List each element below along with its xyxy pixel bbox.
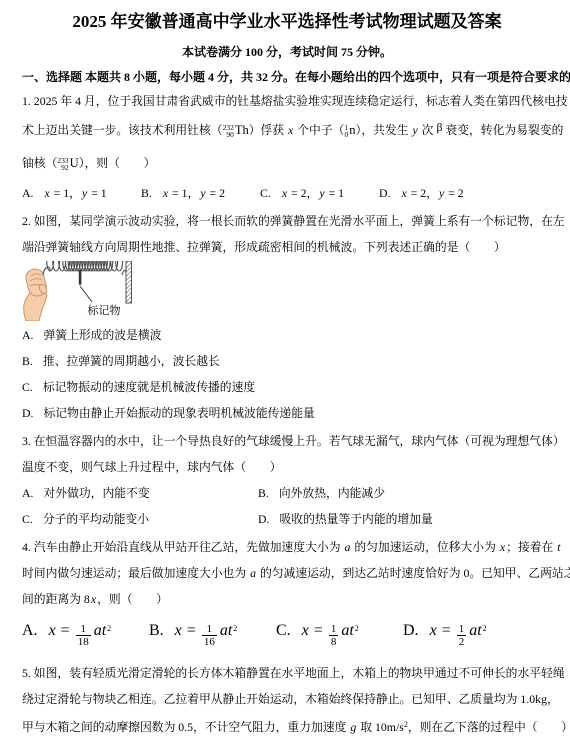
option-d: D.标记物由静止开始振动的现象表明机械波能传递能量: [22, 400, 552, 426]
question-2: 2. 如图，某同学演示波动实验，将一根长而软的弹簧静置在光滑水平面上，弹簧上系有…: [22, 208, 552, 426]
option-a: A.x = 118at2: [22, 622, 149, 648]
option-a: A.x = 1，y = 1: [22, 180, 141, 206]
option-c: C.x = 2，y = 1: [260, 180, 379, 206]
question-1: 1. 2025 年 4 月，位于我国甘肃省武威市的钍基熔盐实验堆实现连续稳定运行…: [22, 88, 552, 206]
option-b: B.推、拉弹簧的周期越小，波长越长: [22, 348, 552, 374]
wall: [126, 261, 132, 303]
question-4-line-3: 间的距离为 8x，则（ ）: [22, 586, 552, 612]
marker-label: 标记物: [88, 303, 121, 317]
question-3: 3. 在恒温容器内的水中，让一个导热良好的气球缓慢上升。若气球无漏气，球内气体（…: [22, 428, 552, 532]
question-3-line-2: 温度不变，则气球上升过程中，球内气体（ ）: [22, 454, 552, 480]
question-3-options-row-2: C.分子的平均动能变小 D.吸收的热量等于内能的增加量: [22, 506, 552, 532]
option-b: B.x = 1，y = 2: [141, 180, 260, 206]
marker-pointer-line: [80, 286, 92, 302]
question-1-line-2: 术上迈出关键一步。该技术利用钍核（23290Th）俘获 x 个中子（10n），共…: [22, 114, 552, 147]
option-b: B.向外放热，内能减少: [258, 480, 552, 506]
question-1-options: A.x = 1，y = 1 B.x = 1，y = 2 C.x = 2，y = …: [22, 180, 552, 206]
question-4-line-2: 时间内做匀速运动；最后做加速度大小也为 a 的匀减速运动，到达乙站时速度恰好为 …: [22, 560, 552, 586]
question-5-line-3: 甲与木箱之间的动摩擦因数为 0.5，不计空气阻力，重力加速度 g 取 10m/s…: [22, 712, 552, 738]
nuclide-uranium: 23392U: [57, 147, 78, 180]
question-2-line-1: 2. 如图，某同学演示波动实验，将一根长而软的弹簧静置在光滑水平面上，弹簧上系有…: [22, 208, 552, 234]
question-4: 4. 汽车由静止开始沿直线从甲站开往乙站，先做加速度大小为 a 的匀加速运动，位…: [22, 534, 552, 658]
section-header: 一、选择题 本题共 8 小题，每小题 4 分，共 32 分。在每小题给出的四个选…: [22, 68, 552, 86]
nuclide-neutron: 10n: [344, 114, 355, 147]
question-5-line-2: 绕过定滑轮与物块乙相连。乙拉着甲从静止开始运动，木箱始终保持静止。已知甲、乙质量…: [22, 686, 552, 712]
question-3-options-row-1: A.对外做功，内能不变 B.向外放热，内能减少: [22, 480, 552, 506]
question-5: 5. 如图，装有轻质光滑定滑轮的长方体木箱静置在水平地面上，木箱上的物块甲通过不…: [22, 660, 552, 738]
question-4-options: A.x = 118at2 B.x = 116at2 C.x = 18at2 D.…: [22, 612, 552, 658]
option-c: C.x = 18at2: [276, 622, 403, 648]
option-d: D.x = 2，y = 2: [379, 180, 552, 206]
question-2-line-2: 端沿弹簧轴线方向周期性地推、拉弹簧，形成疏密相间的机械波。下列表述正确的是（ ）: [22, 234, 552, 260]
option-d: D.x = 12at2: [403, 622, 552, 648]
beta-symbol: β: [436, 120, 442, 134]
hand-illustration: [24, 267, 49, 321]
nuclide-thorium: 23290Th: [223, 114, 249, 147]
question-5-line-1: 5. 如图，装有轻质光滑定滑轮的长方体木箱静置在水平地面上，木箱上的物块甲通过不…: [22, 660, 552, 686]
marker-dot: [79, 270, 82, 285]
question-1-line-3: 铀核（23392U），则（ ）: [22, 147, 552, 180]
option-c: C.分子的平均动能变小: [22, 506, 258, 532]
spring-figure: 标记物: [18, 261, 552, 321]
option-c: C.标记物振动的速度就是机械波传播的速度: [22, 374, 552, 400]
question-1-line-1: 1. 2025 年 4 月，位于我国甘肃省武威市的钍基熔盐实验堆实现连续稳定运行…: [22, 88, 552, 114]
option-b: B.x = 116at2: [149, 622, 276, 648]
exam-page: 2025 年安徽普通高中学业水平选择性考试物理试题及答案 本试卷满分 100 分…: [0, 0, 570, 738]
exam-subtitle: 本试卷满分 100 分，考试时间 75 分钟。: [22, 44, 552, 60]
question-3-line-1: 3. 在恒温容器内的水中，让一个导热良好的气球缓慢上升。若气球无漏气，球内气体（…: [22, 428, 552, 454]
option-a: A.对外做功，内能不变: [22, 480, 258, 506]
option-a: A.弹簧上形成的波是横波: [22, 322, 552, 348]
spring-coil: [43, 261, 126, 275]
option-d: D.吸收的热量等于内能的增加量: [258, 506, 552, 532]
spring-figure-svg: 标记物: [18, 261, 168, 321]
exam-title: 2025 年安徽普通高中学业水平选择性考试物理试题及答案: [22, 10, 552, 34]
question-4-line-1: 4. 汽车由静止开始沿直线从甲站开往乙站，先做加速度大小为 a 的匀加速运动，位…: [22, 534, 552, 560]
